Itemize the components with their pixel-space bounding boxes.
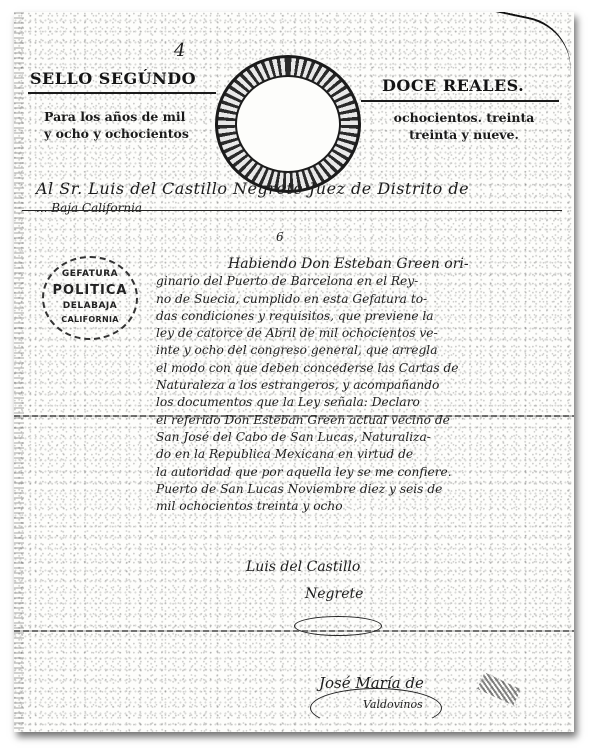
signature-flourish-icon <box>294 616 382 636</box>
header-left-subtitle: Para los años de mil y ocho y ochociento… <box>44 108 189 142</box>
body-line: ley de catorce de Abril de mil ochocient… <box>156 325 566 342</box>
header-right-subtitle: ochocientos. treinta treinta y nueve. <box>364 109 564 143</box>
address-line-1: Al Sr. Luis del Castillo Negrete Juez de… <box>36 179 469 198</box>
header-left-subtitle-line: y ocho y ochocientos <box>44 125 189 142</box>
gefatura-politica-stamp: GEFATURA POLITICA DELABAJA CALIFORNIA <box>42 256 138 340</box>
header-right-rule <box>361 100 559 102</box>
header-right-subtitle-line: ochocientos. treinta <box>364 109 564 126</box>
signature-first-name: Luis del Castillo <box>246 559 360 575</box>
body-line: el modo con que deben concederse las Car… <box>156 360 566 377</box>
body-line: los documentos que la Ley señala: Declar… <box>156 394 566 411</box>
signature-second-surname: Valdovinos <box>363 698 423 711</box>
document-page: 4 SELLO SEGÚNDO Para los años de mil y o… <box>14 12 574 732</box>
body-line: Puerto de San Lucas Noviembre diez y sei… <box>156 481 566 498</box>
signature-second-name: José María de <box>319 674 424 692</box>
fold-line <box>14 630 574 632</box>
body-line: mil ochocientos treinta y ocho <box>156 498 566 515</box>
body-line: ginario del Puerto de Barcelona en el Re… <box>156 273 566 290</box>
ornamental-seal-icon <box>215 55 361 193</box>
signature-first-surname: Negrete <box>305 586 363 602</box>
address-line-2: ... Baja California <box>36 201 142 215</box>
body-line: Naturaleza a los estrangeros, y acompaña… <box>156 377 566 394</box>
stamp-line: DELABAJA <box>44 301 136 311</box>
body-text: Habiendo Don Esteban Green ori- ginario … <box>156 256 566 515</box>
body-line: do en la Republica Mexicana en virtud de <box>156 446 566 463</box>
body-line: inte y ocho del congreso general, que ar… <box>156 342 566 359</box>
body-line: la autoridad que por aquella ley se me c… <box>156 464 566 481</box>
page-mark: 6 <box>276 230 284 244</box>
ink-smudge-mark <box>477 672 521 705</box>
torn-corner <box>462 12 574 79</box>
header-left-subtitle-line: Para los años de mil <box>44 108 189 125</box>
body-line: el referido Don Esteban Green actual vec… <box>156 412 566 429</box>
stamp-line: GEFATURA <box>44 269 136 279</box>
stamp-line: POLITICA <box>44 283 136 298</box>
header-left-title: SELLO SEGÚNDO <box>30 69 196 88</box>
header-right-title: DOCE REALES. <box>382 76 524 95</box>
body-line: San José del Cabo de San Lucas, Naturali… <box>156 429 566 446</box>
top-handwritten-mark: 4 <box>174 40 185 61</box>
stamp-line: CALIFORNIA <box>44 315 136 324</box>
header-left-rule <box>28 92 216 94</box>
paper-left-edge-wear <box>14 12 24 732</box>
body-line: Habiendo Don Esteban Green ori- <box>156 256 566 273</box>
body-line: no de Suecia, cumplido en esta Gefatura … <box>156 291 566 308</box>
header-right-subtitle-line: treinta y nueve. <box>364 126 564 143</box>
address-strike-line <box>22 210 562 211</box>
body-line: das condiciones y requisitos, que previe… <box>156 308 566 325</box>
